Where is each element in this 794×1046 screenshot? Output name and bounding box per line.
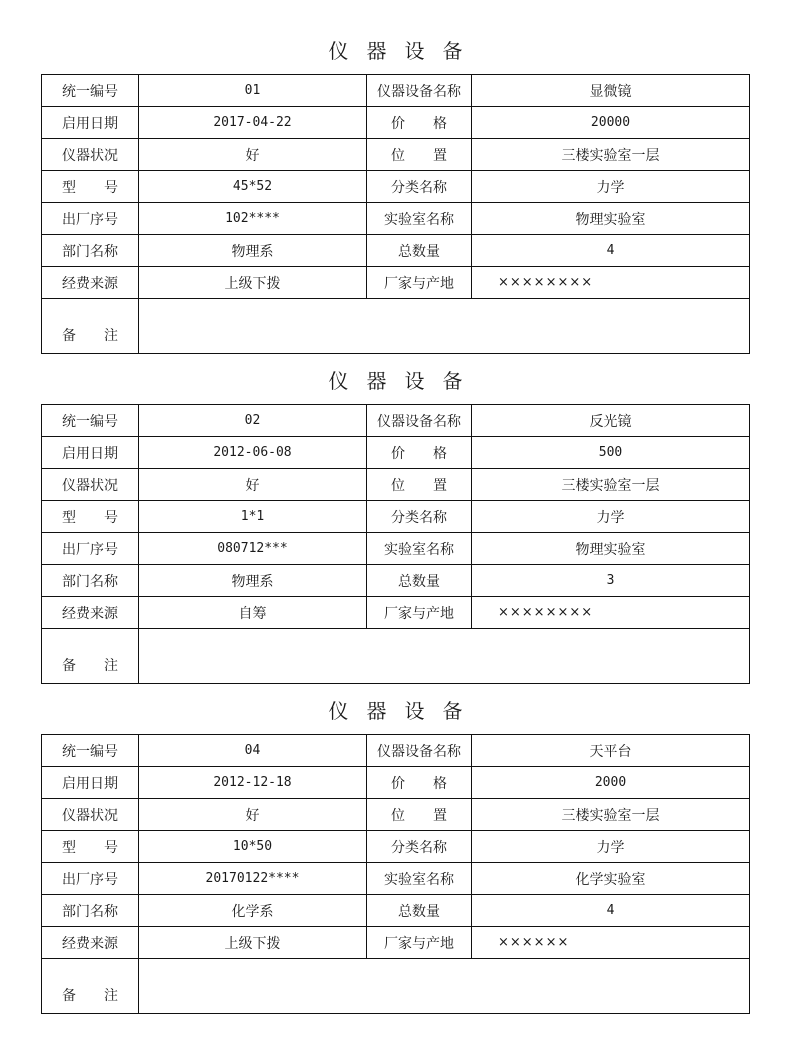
value-department: 物理系 <box>139 235 367 267</box>
label-department: 部门名称 <box>42 235 139 267</box>
label-remarks: 备 注 <box>42 959 139 1014</box>
table-row: 经费来源 上级下拨 厂家与产地 ×××××××× <box>42 267 750 299</box>
value-location: 三楼实验室一层 <box>472 469 750 501</box>
label-location: 位 置 <box>367 469 472 501</box>
equipment-table: 统一编号 04 仪器设备名称 天平台 启用日期 2012-12-18 价 格 2… <box>41 734 750 1014</box>
label-department: 部门名称 <box>42 895 139 927</box>
card-title: 仪器设备 <box>41 366 750 396</box>
value-date: 2012-06-08 <box>139 437 367 469</box>
table-row: 出厂序号 102**** 实验室名称 物理实验室 <box>42 203 750 235</box>
label-date: 启用日期 <box>42 437 139 469</box>
table-row: 统一编号 01 仪器设备名称 显微镜 <box>42 75 750 107</box>
label-quantity: 总数量 <box>367 235 472 267</box>
table-row: 仪器状况 好 位 置 三楼实验室一层 <box>42 469 750 501</box>
label-model: 型 号 <box>42 501 139 533</box>
value-model: 1*1 <box>139 501 367 533</box>
label-name: 仪器设备名称 <box>367 735 472 767</box>
table-row: 仪器状况 好 位 置 三楼实验室一层 <box>42 799 750 831</box>
value-date: 2017-04-22 <box>139 107 367 139</box>
label-serial: 出厂序号 <box>42 863 139 895</box>
value-location: 三楼实验室一层 <box>472 799 750 831</box>
label-price: 价 格 <box>367 767 472 799</box>
label-quantity: 总数量 <box>367 565 472 597</box>
table-row-remarks: 备 注 <box>42 959 750 1014</box>
label-serial: 出厂序号 <box>42 203 139 235</box>
label-price: 价 格 <box>367 107 472 139</box>
card-title: 仪器设备 <box>41 36 750 66</box>
table-row: 经费来源 自筹 厂家与产地 ×××××××× <box>42 597 750 629</box>
value-funding: 上级下拨 <box>139 267 367 299</box>
label-lab: 实验室名称 <box>367 863 472 895</box>
label-date: 启用日期 <box>42 107 139 139</box>
value-funding: 上级下拨 <box>139 927 367 959</box>
value-id: 01 <box>139 75 367 107</box>
value-model: 10*50 <box>139 831 367 863</box>
equipment-table: 统一编号 01 仪器设备名称 显微镜 启用日期 2017-04-22 价 格 2… <box>41 74 750 354</box>
table-row: 启用日期 2017-04-22 价 格 20000 <box>42 107 750 139</box>
value-status: 好 <box>139 799 367 831</box>
label-manufacturer: 厂家与产地 <box>367 267 472 299</box>
label-category: 分类名称 <box>367 501 472 533</box>
value-price: 2000 <box>472 767 750 799</box>
label-category: 分类名称 <box>367 171 472 203</box>
label-id: 统一编号 <box>42 405 139 437</box>
label-date: 启用日期 <box>42 767 139 799</box>
table-row: 部门名称 物理系 总数量 3 <box>42 565 750 597</box>
table-row: 统一编号 04 仪器设备名称 天平台 <box>42 735 750 767</box>
table-row: 启用日期 2012-12-18 价 格 2000 <box>42 767 750 799</box>
value-remarks <box>139 299 750 354</box>
table-row: 启用日期 2012-06-08 价 格 500 <box>42 437 750 469</box>
table-row: 出厂序号 20170122**** 实验室名称 化学实验室 <box>42 863 750 895</box>
value-category: 力学 <box>472 501 750 533</box>
label-model: 型 号 <box>42 171 139 203</box>
value-manufacturer: ×××××× <box>472 927 750 959</box>
value-manufacturer: ×××××××× <box>472 267 750 299</box>
value-funding: 自筹 <box>139 597 367 629</box>
value-remarks <box>139 629 750 684</box>
value-location: 三楼实验室一层 <box>472 139 750 171</box>
label-manufacturer: 厂家与产地 <box>367 597 472 629</box>
label-manufacturer: 厂家与产地 <box>367 927 472 959</box>
value-status: 好 <box>139 469 367 501</box>
label-id: 统一编号 <box>42 75 139 107</box>
value-name: 天平台 <box>472 735 750 767</box>
value-lab: 物理实验室 <box>472 203 750 235</box>
label-remarks: 备 注 <box>42 629 139 684</box>
value-quantity: 4 <box>472 895 750 927</box>
table-row-remarks: 备 注 <box>42 629 750 684</box>
equipment-table: 统一编号 02 仪器设备名称 反光镜 启用日期 2012-06-08 价 格 5… <box>41 404 750 684</box>
label-lab: 实验室名称 <box>367 533 472 565</box>
value-manufacturer: ×××××××× <box>472 597 750 629</box>
label-location: 位 置 <box>367 799 472 831</box>
table-row: 部门名称 化学系 总数量 4 <box>42 895 750 927</box>
table-row: 型 号 1*1 分类名称 力学 <box>42 501 750 533</box>
value-department: 化学系 <box>139 895 367 927</box>
card-title: 仪器设备 <box>41 696 750 726</box>
value-name: 显微镜 <box>472 75 750 107</box>
value-name: 反光镜 <box>472 405 750 437</box>
table-row: 型 号 45*52 分类名称 力学 <box>42 171 750 203</box>
value-category: 力学 <box>472 831 750 863</box>
value-serial: 102**** <box>139 203 367 235</box>
label-model: 型 号 <box>42 831 139 863</box>
label-department: 部门名称 <box>42 565 139 597</box>
label-funding: 经费来源 <box>42 927 139 959</box>
value-department: 物理系 <box>139 565 367 597</box>
value-remarks <box>139 959 750 1014</box>
label-id: 统一编号 <box>42 735 139 767</box>
label-funding: 经费来源 <box>42 597 139 629</box>
value-status: 好 <box>139 139 367 171</box>
label-serial: 出厂序号 <box>42 533 139 565</box>
value-serial: 080712*** <box>139 533 367 565</box>
table-row: 部门名称 物理系 总数量 4 <box>42 235 750 267</box>
label-status: 仪器状况 <box>42 799 139 831</box>
value-price: 500 <box>472 437 750 469</box>
label-name: 仪器设备名称 <box>367 405 472 437</box>
table-row: 经费来源 上级下拨 厂家与产地 ×××××× <box>42 927 750 959</box>
label-status: 仪器状况 <box>42 469 139 501</box>
table-row: 仪器状况 好 位 置 三楼实验室一层 <box>42 139 750 171</box>
label-status: 仪器状况 <box>42 139 139 171</box>
value-id: 02 <box>139 405 367 437</box>
value-price: 20000 <box>472 107 750 139</box>
table-row: 统一编号 02 仪器设备名称 反光镜 <box>42 405 750 437</box>
table-row: 型 号 10*50 分类名称 力学 <box>42 831 750 863</box>
label-remarks: 备 注 <box>42 299 139 354</box>
label-quantity: 总数量 <box>367 895 472 927</box>
label-name: 仪器设备名称 <box>367 75 472 107</box>
label-price: 价 格 <box>367 437 472 469</box>
value-serial: 20170122**** <box>139 863 367 895</box>
value-lab: 化学实验室 <box>472 863 750 895</box>
table-row: 出厂序号 080712*** 实验室名称 物理实验室 <box>42 533 750 565</box>
value-quantity: 3 <box>472 565 750 597</box>
table-row-remarks: 备 注 <box>42 299 750 354</box>
value-model: 45*52 <box>139 171 367 203</box>
value-quantity: 4 <box>472 235 750 267</box>
label-category: 分类名称 <box>367 831 472 863</box>
value-id: 04 <box>139 735 367 767</box>
value-lab: 物理实验室 <box>472 533 750 565</box>
value-date: 2012-12-18 <box>139 767 367 799</box>
label-location: 位 置 <box>367 139 472 171</box>
label-lab: 实验室名称 <box>367 203 472 235</box>
label-funding: 经费来源 <box>42 267 139 299</box>
value-category: 力学 <box>472 171 750 203</box>
